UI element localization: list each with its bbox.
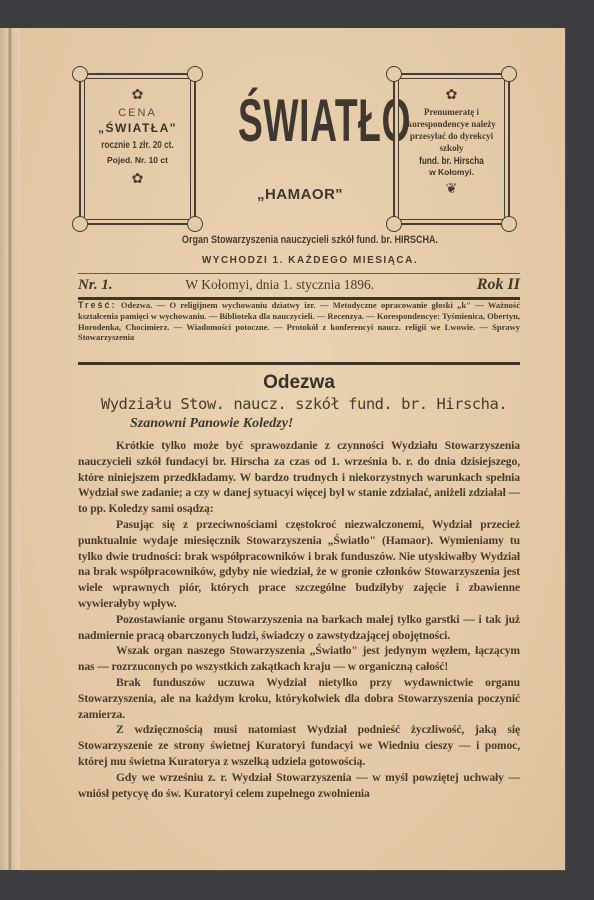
paragraph: Pozostawianie organu Stowarzyszenia na b…	[78, 612, 520, 644]
divider	[78, 362, 520, 365]
article-body: Krótkie tylko może być sprawozdanie z cz…	[78, 438, 520, 801]
article-subtitle: Wydziału Stow. naucz. szkół fund. br. Hi…	[88, 394, 520, 414]
toc-label: Treść:	[78, 300, 117, 310]
book-spine-edge	[0, 28, 22, 870]
issue-line: Nr. 1. W Kołomyi, dnia 1. stycznia 1896.…	[78, 276, 520, 296]
flower-ornament-icon: ✿	[395, 89, 508, 103]
price-box: ✿ CENA „ŚWIATŁA" rocznie 1 złr. 20 ct. P…	[79, 73, 196, 225]
flower-ornament-icon: ✿	[81, 89, 194, 103]
corner-ornament-icon	[386, 66, 402, 82]
issue-number: Nr. 1.	[78, 277, 113, 294]
paragraph: Gdy we wrześniu z. r. Wydział Stowarzysz…	[78, 770, 520, 802]
paragraph: Wszak organ naszego Stowarzyszenia „Świa…	[78, 643, 520, 675]
paragraph: Pasując się z przeciwnościami częstokroć…	[78, 517, 520, 612]
article-greeting: Szanowni Panowie Koledzy!	[78, 414, 520, 434]
masthead-subtitle: „HAMAOR"	[200, 186, 400, 203]
price-title: „ŚWIATŁA"	[81, 121, 194, 135]
subscription-text: Prenumeratę i korespondencye należy prze…	[395, 106, 508, 154]
table-of-contents: Treść: Odezwa. — O religijnem wychowaniu…	[78, 300, 520, 343]
leaf-ornament-icon: ❦	[395, 183, 508, 197]
single-issue-price: Pojed. Nr. 10 ct	[81, 155, 194, 165]
subscription-city: w Kołomyi.	[395, 167, 508, 177]
masthead-title: ŚWIATŁO	[238, 88, 362, 154]
paragraph: Krótkie tylko może być sprawozdanie z cz…	[78, 438, 520, 517]
annual-price: rocznie 1 złr. 20 ct.	[93, 139, 181, 151]
flower-ornament-icon: ✿	[81, 173, 194, 187]
issue-place-date: W Kołomyi, dnia 1. stycznia 1896.	[185, 277, 374, 293]
paragraph: Brak funduszów uczuwa Wydział nietylko p…	[78, 675, 520, 722]
frequency-line: WYCHODZI 1. KAŻDEGO MIESIĄCA.	[130, 255, 490, 266]
toc-text: Odezwa. — O religijnem wychowaniu dziatw…	[78, 300, 520, 342]
corner-ornament-icon	[72, 66, 88, 82]
price-label: CENA	[81, 107, 194, 119]
subscription-school: fund. br. Hirscha	[407, 155, 495, 167]
corner-ornament-icon	[501, 216, 517, 232]
corner-ornament-icon	[501, 66, 517, 82]
corner-ornament-icon	[72, 216, 88, 232]
paragraph: Z wdzięcznością musi natomiast Wydział p…	[78, 722, 520, 769]
corner-ornament-icon	[187, 66, 203, 82]
corner-ornament-icon	[187, 216, 203, 232]
subscription-box: ✿ Prenumeratę i korespondencye należy pr…	[393, 73, 510, 225]
article: Odezwa Wydziału Stow. naucz. szkół fund.…	[78, 372, 520, 801]
divider	[78, 273, 520, 274]
newspaper-page: ✿ CENA „ŚWIATŁA" rocznie 1 złr. 20 ct. P…	[20, 28, 565, 870]
issue-year: Rok II	[477, 276, 520, 294]
organ-line: Organ Stowarzyszenia nauczycieli szkół f…	[162, 234, 457, 246]
article-title: Odezwa	[78, 372, 520, 394]
corner-ornament-icon	[386, 216, 402, 232]
